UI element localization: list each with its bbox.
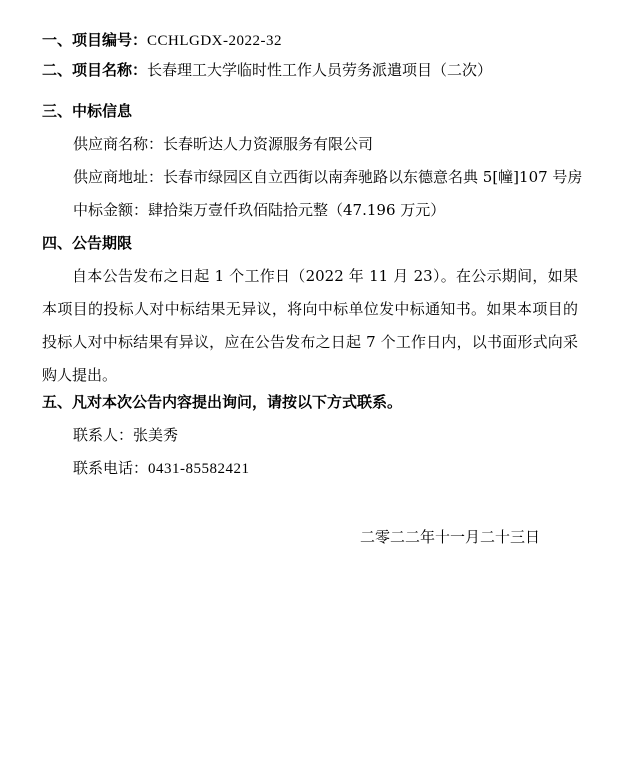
supplier-address-value: 长春市绿园区自立西街以南奔驰路以东德意名典 5[幢]107 号房 [163,168,582,186]
supplier-name-line: 供应商名称：长春昕达人力资源服务有限公司 [42,128,578,161]
award-amount-line: 中标金额：肆拾柒万壹仟玖佰陆拾元整（47.196 万元） [42,194,578,227]
contact-heading: 五、凡对本次公告内容提出询问，请按以下方式联系。 [42,386,578,419]
project-name-value: 长春理工大学临时性工作人员劳务派遣项目（二次） [147,61,492,79]
announcement-period-heading: 四、公告期限 [42,227,578,260]
contact-phone-label: 联系电话： [73,459,148,477]
announcement-period-paragraph: 自本公告发布之日起 1 个工作日（2022 年 11 月 23）。在公示期间，如… [42,260,578,392]
project-name-label: 二、项目名称： [42,61,147,79]
award-amount-value: 肆拾柒万壹仟玖佰陆拾元整（47.196 万元） [148,201,445,219]
supplier-address-line: 供应商地址：长春市绿园区自立西街以南奔驰路以东德意名典 5[幢]107 号房 [42,161,578,194]
project-number-label: 一、项目编号： [42,31,147,49]
supplier-address-label: 供应商地址： [73,168,163,186]
contact-person-line: 联系人：张美秀 [42,419,578,452]
contact-person-value: 张美秀 [133,426,178,444]
sign-date: 二零二二年十一月二十三日 [42,521,578,554]
award-amount-label: 中标金额： [73,201,148,219]
award-info-heading: 三、中标信息 [42,95,578,128]
project-number-value: CCHLGDX-2022-32 [147,33,282,49]
contact-person-label: 联系人： [73,426,133,444]
project-name-line: 二、项目名称：长春理工大学临时性工作人员劳务派遣项目（二次） [42,56,578,85]
document-page: 一、项目编号：CCHLGDX-2022-32 二、项目名称：长春理工大学临时性工… [0,0,618,766]
project-number-line: 一、项目编号：CCHLGDX-2022-32 [42,26,578,56]
contact-phone-value: 0431-85582421 [148,461,250,477]
supplier-name-value: 长春昕达人力资源服务有限公司 [163,135,373,153]
supplier-name-label: 供应商名称： [73,135,163,153]
contact-phone-line: 联系电话：0431-85582421 [42,452,578,486]
